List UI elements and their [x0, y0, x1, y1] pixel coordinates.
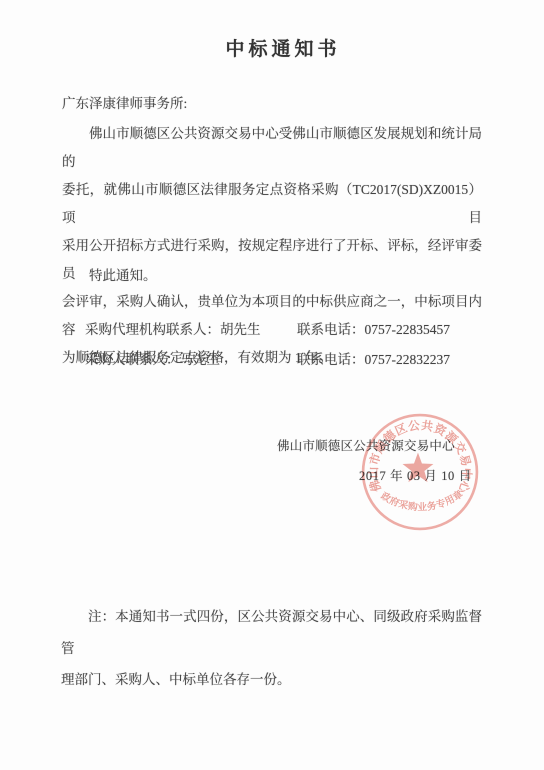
document-title: 中标通知书 [0, 34, 544, 61]
contact-row: 采购代理机构联系人：胡先生 联系电话：0757-22835457 [85, 315, 485, 345]
contact-row: 采购人联系人：马先生 联系电话：0757-22832237 [85, 345, 485, 375]
document-page: 中标通知书 广东泽康律师事务所: 佛山市顺德区公共资源交易中心受佛山市顺德区发展… [0, 0, 544, 770]
purchaser-contact-phone: 联系电话：0757-22832237 [297, 345, 485, 375]
seal-bottom-text: 政府采购业务专用章 [378, 488, 466, 514]
agency-contact-phone: 联系电话：0757-22835457 [297, 315, 485, 345]
recipient-line: 广东泽康律师事务所: [62, 92, 187, 112]
body-line: 佛山市顺德区公共资源交易中心受佛山市顺德区发展规划和统计局的 [62, 120, 482, 176]
note-line: 注：本通知书一式四份，区公共资源交易中心、同级政府采购监督管 [61, 601, 482, 664]
agency-contact-label: 采购代理机构联系人：胡先生 [85, 315, 297, 345]
body-line: 委托，就佛山市顺德区法律服务定点资格采购（TC2017(SD)XZ0015）项目 [62, 176, 482, 232]
official-seal: 佛山市顺德区公共资源交易中心 政府采购业务专用章 [359, 411, 481, 533]
note-line: 理部门、采购人、中标单位各存一份。 [61, 664, 482, 696]
star-icon [403, 453, 434, 482]
contact-block: 采购代理机构联系人：胡先生 联系电话：0757-22835457 采购人联系人：… [85, 315, 485, 375]
closing-line: 特此通知。 [62, 264, 157, 284]
footer-note: 注：本通知书一式四份，区公共资源交易中心、同级政府采购监督管 理部门、采购人、中… [61, 601, 482, 696]
purchaser-contact-label: 采购人联系人：马先生 [85, 345, 297, 375]
